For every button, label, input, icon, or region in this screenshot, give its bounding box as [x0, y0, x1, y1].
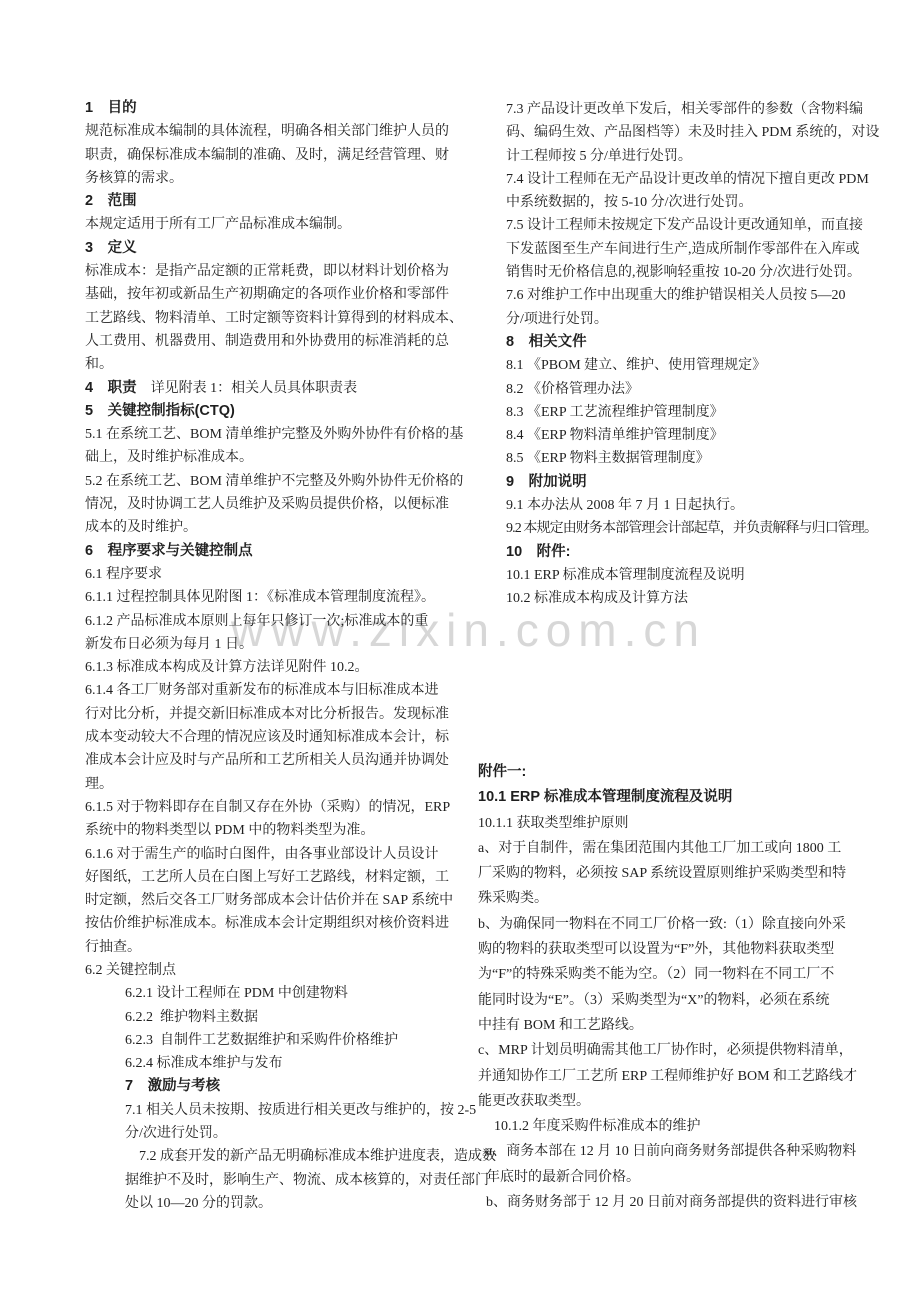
body-text: 处以 10—20 分的罚款。: [125, 1196, 272, 1211]
text-line: 础上，及时维护标准成本。: [85, 446, 460, 469]
text-line: 计工程师按 5 分/单进行处罚。: [506, 145, 872, 168]
heading-text: 10.1 ERP 标准成本管理制度流程及说明: [478, 789, 732, 805]
heading-text: 10 附件:: [506, 544, 570, 560]
body-text: 10.2 标准成本构成及计算方法: [506, 591, 688, 606]
body-text: 6.1.5 对于物料即存在自制又存在外协（采购）的情况，ERP: [85, 800, 450, 815]
text-line: 4 职责 详见附表 1：相关人员具体职责表: [85, 377, 460, 400]
body-text: 准成本会计应及时与产品所和工艺所相关人员沟通并协调处: [85, 753, 449, 768]
section-heading: 10 附件:: [506, 541, 872, 564]
text-line: 6.2.4 标准成本维护与发布: [85, 1052, 460, 1075]
text-line: 时定额，然后交各工厂财务部成本会计估价并在 SAP 系统中: [85, 889, 460, 912]
body-text: 成本变动较大不合理的情况应该及时通知标准成本会计，标: [85, 730, 449, 745]
body-text: 8.1 《PBOM 建立、维护、使用管理规定》: [506, 358, 766, 373]
body-text: 6.2.1 设计工程师在 PDM 中创建物料: [125, 986, 348, 1001]
body-text: b、为确保同一物料在不同工厂价格一致:（1）除直接向外采: [478, 917, 846, 932]
text-line: 6.1.4 各工厂财务部对重新发布的标准成本与旧标准成本进: [85, 679, 460, 702]
text-line: 8.4 《ERP 物料清单维护管理制度》: [506, 424, 872, 447]
text-line: 行对比分析，并提交新旧标准成本对比分析报告。发现标准: [85, 703, 460, 726]
text-line: 厂采购的物料，必须按 SAP 系统设置原则维护采购类型和特: [478, 861, 872, 886]
body-text: b、商务财务部于 12 月 20 日前对商务部提供的资料进行审核: [486, 1195, 857, 1210]
text-line: 为“F”的特殊采购类不能为空。（2）同一物料在不同工厂不: [478, 962, 872, 987]
section-heading: 8 相关文件: [506, 331, 872, 354]
body-text: 6.2.2 维护物料主数据: [125, 1010, 258, 1025]
heading-text: 6 程序要求与关键控制点: [85, 543, 253, 559]
body-text: 5.2 在系统工艺、BOM 清单维护不完整及外购外协件无价格的: [85, 474, 463, 489]
body-text: 础上，及时维护标准成本。: [85, 450, 253, 465]
body-text: 为“F”的特殊采购类不能为空。（2）同一物料在不同工厂不: [478, 967, 834, 982]
text-line: 6.2.2 维护物料主数据: [85, 1006, 460, 1029]
body-text: 6.2.3 自制件工艺数据维护和采购件价格维护: [125, 1033, 398, 1048]
text-line: 10.1 ERP 标准成本管理制度流程及说明: [506, 564, 872, 587]
body-text: 7.2 成套开发的新产品无明确标准成本维护进度表，造成数: [139, 1149, 496, 1164]
section-heading: 1 目的: [85, 97, 460, 120]
body-text: 人工费用、机器费用、制造费用和外协费用的标准消耗的总: [85, 334, 449, 349]
text-line: 10.2 标准成本构成及计算方法: [506, 587, 872, 610]
text-line: c、MRP 计划员明确需其他工厂协作时，必须提供物料清单，: [478, 1038, 872, 1063]
text-line: 6.1.6 对于需生产的临时白图件，由各事业部设计人员设计: [85, 843, 460, 866]
body-text: 本规定适用于所有工厂产品标准成本编制。: [85, 217, 351, 232]
text-line: 7.4 设计工程师在无产品设计更改单的情况下擅自更改 PDM: [506, 168, 872, 191]
body-text: c、MRP 计划员明确需其他工厂协作时，必须提供物料清单，: [478, 1043, 853, 1058]
heading-text: 1 目的: [85, 100, 137, 116]
text-line: 成本变动较大不合理的情况应该及时通知标准成本会计，标: [85, 726, 460, 749]
body-text: a、对于自制件，需在集团范围内其他工厂加工或向 1800 工: [478, 841, 841, 856]
body-text: 殊采购类。: [478, 891, 548, 906]
text-line: 年底时的最新合同价格。: [478, 1165, 872, 1190]
body-text: 8.3 《ERP 工艺流程维护管理制度》: [506, 405, 724, 420]
body-text: 职责，确保标准成本编制的准确、及时，满足经营管理、财: [85, 148, 449, 163]
text-line: 工艺路线、物料清单、工时定额等资料计算得到的材料成本、: [85, 307, 460, 330]
left-column: 1 目的规范标准成本编制的具体流程，明确各相关部门维护人员的职责，确保标准成本编…: [85, 97, 460, 1215]
right-column-upper: 7.3 产品设计更改单下发后，相关零部件的参数（含物料编码、编码生效、产品图档等…: [506, 98, 872, 611]
heading-text: 5 关键控制指标(CTQ): [85, 403, 235, 419]
body-text: 行对比分析，并提交新旧标准成本对比分析报告。发现标准: [85, 707, 449, 722]
text-line: 中系统数据的，按 5-10 分/次进行处罚。: [506, 191, 872, 214]
text-line: 处以 10—20 分的罚款。: [85, 1192, 460, 1215]
body-text: 6.1.3 标准成本构成及计算方法详见附件 10.2。: [85, 660, 369, 675]
text-line: 中挂有 BOM 和工艺路线。: [478, 1013, 872, 1038]
heading-text: 7 激励与考核: [125, 1078, 220, 1094]
text-line: 9.2 本规定由财务本部管理会计部起草，并负责解释与归口管理。: [506, 517, 872, 540]
body-text: 下发蓝图至生产车间进行生产,造成所制作零部件在入库或: [506, 242, 860, 257]
body-text: 9.2 本规定由财务本部管理会计部起草，并负责解释与归口管理。: [506, 521, 877, 536]
text-line: 分/项进行处罚。: [506, 308, 872, 331]
text-line: 本规定适用于所有工厂产品标准成本编制。: [85, 213, 460, 236]
right-column-attachment: 附件一:10.1 ERP 标准成本管理制度流程及说明10.1.1 获取类型维护原…: [478, 760, 872, 1215]
text-line: 基础，按年初或新品生产初期确定的各项作业价格和零部件: [85, 283, 460, 306]
body-text: 中系统数据的，按 5-10 分/次进行处罚。: [506, 195, 753, 210]
body-text: a、商务本部在 12 月 10 日前向商务财务部提供各种采购物料: [486, 1144, 856, 1159]
text-line: 行抽查。: [85, 936, 460, 959]
body-text: 码、编码生效、产品图档等）未及时挂入 PDM 系统的，对设: [506, 125, 879, 140]
text-line: 7.1 相关人员未按期、按质进行相关更改与维护的，按 2-5: [85, 1099, 460, 1122]
text-line: 情况，及时协调工艺人员维护及采购员提供价格，以便标准: [85, 493, 460, 516]
text-line: 6.1.2 产品标准成本原则上每年只修订一次;标准成本的重: [85, 610, 460, 633]
section-heading: 7 激励与考核: [85, 1075, 460, 1098]
text-line: 7.3 产品设计更改单下发后，相关零部件的参数（含物料编: [506, 98, 872, 121]
text-line: 6.1.3 标准成本构成及计算方法详见附件 10.2。: [85, 656, 460, 679]
body-text: 系统中的物料类型以 PDM 中的物料类型为准。: [85, 823, 374, 838]
body-text: 基础，按年初或新品生产初期确定的各项作业价格和零部件: [85, 287, 449, 302]
body-text: 中挂有 BOM 和工艺路线。: [478, 1018, 643, 1033]
section-heading: 9 附加说明: [506, 471, 872, 494]
text-line: 成本的及时维护。: [85, 516, 460, 539]
body-text: 成本的及时维护。: [85, 520, 197, 535]
text-line: 7.6 对维护工作中出现重大的维护错误相关人员按 5—20: [506, 284, 872, 307]
body-text: 6.2.4 标准成本维护与发布: [125, 1056, 283, 1071]
text-line: b、为确保同一物料在不同工厂价格一致:（1）除直接向外采: [478, 912, 872, 937]
text-line: 8.5 《ERP 物料主数据管理制度》: [506, 447, 872, 470]
text-line: 5.1 在系统工艺、BOM 清单维护完整及外购外协件有价格的基: [85, 423, 460, 446]
body-text: 标准成本：是指产品定额的正常耗费，即以材料计划价格为: [85, 264, 449, 279]
body-text: 6.1.6 对于需生产的临时白图件，由各事业部设计人员设计: [85, 847, 439, 862]
body-text: 9.1 本办法从 2008 年 7 月 1 日起执行。: [506, 498, 744, 513]
body-text: 8.5 《ERP 物料主数据管理制度》: [506, 451, 710, 466]
text-line: 按估价维护标准成本。标准成本会计定期组织对核价资料进: [85, 912, 460, 935]
section-heading: 3 定义: [85, 237, 460, 260]
section-heading: 10.1 ERP 标准成本管理制度流程及说明: [478, 785, 872, 810]
body-text: 7.5 设计工程师未按规定下发产品设计更改通知单，而直接: [506, 218, 863, 233]
body-text: 详见附表 1：相关人员具体职责表: [137, 381, 358, 396]
body-text: 能更改获取类型。: [478, 1094, 590, 1109]
text-line: 6.1 程序要求: [85, 563, 460, 586]
body-text: 6.1 程序要求: [85, 567, 162, 582]
text-line: 8.3 《ERP 工艺流程维护管理制度》: [506, 401, 872, 424]
body-text: 计工程师按 5 分/单进行处罚。: [506, 149, 692, 164]
body-text: 7.4 设计工程师在无产品设计更改单的情况下擅自更改 PDM: [506, 172, 869, 187]
heading-text: 附件一:: [478, 764, 526, 780]
body-text: 按估价维护标准成本。标准成本会计定期组织对核价资料进: [85, 916, 449, 931]
body-text: 销售时无价格信息的,视影响轻重按 10-20 分/次进行处罚。: [506, 265, 861, 280]
text-line: 销售时无价格信息的,视影响轻重按 10-20 分/次进行处罚。: [506, 261, 872, 284]
body-text: 8.2 《价格管理办法》: [506, 382, 639, 397]
text-line: 10.1.1 获取类型维护原则: [478, 811, 872, 836]
body-text: 并通知协作工厂工艺所 ERP 工程师维护好 BOM 和工艺路线才: [478, 1069, 857, 1084]
body-text: 年底时的最新合同价格。: [486, 1170, 640, 1185]
section-heading: 2 范围: [85, 190, 460, 213]
body-text: 10.1.2 年度采购件标准成本的维护: [494, 1119, 701, 1134]
text-line: 准成本会计应及时与产品所和工艺所相关人员沟通并协调处: [85, 749, 460, 772]
section-heading: 5 关键控制指标(CTQ): [85, 400, 460, 423]
document-page: www.zixin.com.cn 1 目的规范标准成本编制的具体流程，明确各相关…: [0, 0, 920, 1302]
text-line: 8.1 《PBOM 建立、维护、使用管理规定》: [506, 354, 872, 377]
heading-text: 4 职责: [85, 380, 137, 396]
text-line: 职责，确保标准成本编制的准确、及时，满足经营管理、财: [85, 144, 460, 167]
heading-text: 9 附加说明: [506, 474, 587, 490]
text-line: 和。: [85, 353, 460, 376]
text-line: 能同时设为“E”。（3）采购类型为“X”的物料，必须在系统: [478, 988, 872, 1013]
text-line: 码、编码生效、产品图档等）未及时挂入 PDM 系统的，对设: [506, 121, 872, 144]
text-line: 系统中的物料类型以 PDM 中的物料类型为准。: [85, 819, 460, 842]
section-heading: 6 程序要求与关键控制点: [85, 540, 460, 563]
text-line: 8.2 《价格管理办法》: [506, 378, 872, 401]
body-text: 6.1.4 各工厂财务部对重新发布的标准成本与旧标准成本进: [85, 683, 439, 698]
body-text: 理。: [85, 777, 113, 792]
body-text: 和。: [85, 357, 113, 372]
heading-text: 3 定义: [85, 240, 137, 256]
text-line: b、商务财务部于 12 月 20 日前对商务部提供的资料进行审核: [478, 1190, 872, 1215]
body-text: 分/项进行处罚。: [506, 312, 608, 327]
body-text: 6.2 关键控制点: [85, 963, 176, 978]
text-line: 务核算的需求。: [85, 167, 460, 190]
heading-text: 2 范围: [85, 193, 137, 209]
body-text: 规范标准成本编制的具体流程，明确各相关部门维护人员的: [85, 124, 449, 139]
text-line: 6.2 关键控制点: [85, 959, 460, 982]
body-text: 能同时设为“E”。（3）采购类型为“X”的物料，必须在系统: [478, 993, 830, 1008]
text-line: 分/次进行处罚。: [85, 1122, 460, 1145]
text-line: 理。: [85, 773, 460, 796]
body-text: 厂采购的物料，必须按 SAP 系统设置原则维护采购类型和特: [478, 866, 846, 881]
text-line: 10.1.2 年度采购件标准成本的维护: [478, 1114, 872, 1139]
text-line: 购的物料的获取类型可以设置为“F”外，其他物料获取类型: [478, 937, 872, 962]
text-line: a、对于自制件，需在集团范围内其他工厂加工或向 1800 工: [478, 836, 872, 861]
text-line: 好图纸，工艺所人员在白图上写好工艺路线，材料定额，工: [85, 866, 460, 889]
body-text: 购的物料的获取类型可以设置为“F”外，其他物料获取类型: [478, 942, 834, 957]
text-line: 据维护不及时，影响生产、物流、成本核算的，对责任部门: [85, 1169, 460, 1192]
text-line: a、商务本部在 12 月 10 日前向商务财务部提供各种采购物料: [478, 1139, 872, 1164]
text-line: 能更改获取类型。: [478, 1089, 872, 1114]
body-text: 6.1.2 产品标准成本原则上每年只修订一次;标准成本的重: [85, 614, 428, 629]
text-line: 6.1.5 对于物料即存在自制又存在外协（采购）的情况，ERP: [85, 796, 460, 819]
text-line: 6.2.1 设计工程师在 PDM 中创建物料: [85, 982, 460, 1005]
text-line: 规范标准成本编制的具体流程，明确各相关部门维护人员的: [85, 120, 460, 143]
body-text: 务核算的需求。: [85, 171, 183, 186]
body-text: 7.1 相关人员未按期、按质进行相关更改与维护的，按 2-5: [125, 1103, 476, 1118]
text-line: 并通知协作工厂工艺所 ERP 工程师维护好 BOM 和工艺路线才: [478, 1064, 872, 1089]
body-text: 情况，及时协调工艺人员维护及采购员提供价格，以便标准: [85, 497, 449, 512]
body-text: 据维护不及时，影响生产、物流、成本核算的，对责任部门: [125, 1173, 489, 1188]
body-text: 行抽查。: [85, 940, 141, 955]
text-line: 人工费用、机器费用、制造费用和外协费用的标准消耗的总: [85, 330, 460, 353]
text-line: 5.2 在系统工艺、BOM 清单维护不完整及外购外协件无价格的: [85, 470, 460, 493]
body-text: 分/次进行处罚。: [125, 1126, 227, 1141]
text-line: 新发布日必须为每月 1 日。: [85, 633, 460, 656]
text-line: 7.2 成套开发的新产品无明确标准成本维护进度表，造成数: [85, 1145, 460, 1168]
text-line: 9.1 本办法从 2008 年 7 月 1 日起执行。: [506, 494, 872, 517]
body-text: 7.6 对维护工作中出现重大的维护错误相关人员按 5—20: [506, 288, 846, 303]
text-line: 6.2.3 自制件工艺数据维护和采购件价格维护: [85, 1029, 460, 1052]
text-line: 6.1.1 过程控制具体见附图 1：《标准成本管理制度流程》。: [85, 586, 460, 609]
text-line: 标准成本：是指产品定额的正常耗费，即以材料计划价格为: [85, 260, 460, 283]
text-line: 殊采购类。: [478, 886, 872, 911]
section-heading: 附件一:: [478, 760, 872, 785]
body-text: 新发布日必须为每月 1 日。: [85, 637, 253, 652]
body-text: 时定额，然后交各工厂财务部成本会计估价并在 SAP 系统中: [85, 893, 453, 908]
body-text: 6.1.1 过程控制具体见附图 1：《标准成本管理制度流程》。: [85, 590, 435, 605]
text-line: 下发蓝图至生产车间进行生产,造成所制作零部件在入库或: [506, 238, 872, 261]
body-text: 8.4 《ERP 物料清单维护管理制度》: [506, 428, 724, 443]
body-text: 工艺路线、物料清单、工时定额等资料计算得到的材料成本、: [85, 311, 463, 326]
body-text: 7.3 产品设计更改单下发后，相关零部件的参数（含物料编: [506, 102, 863, 117]
body-text: 5.1 在系统工艺、BOM 清单维护完整及外购外协件有价格的基: [85, 427, 463, 442]
heading-text: 8 相关文件: [506, 334, 587, 350]
body-text: 好图纸，工艺所人员在白图上写好工艺路线，材料定额，工: [85, 870, 449, 885]
text-line: 7.5 设计工程师未按规定下发产品设计更改通知单，而直接: [506, 214, 872, 237]
body-text: 10.1.1 获取类型维护原则: [478, 816, 629, 831]
body-text: 10.1 ERP 标准成本管理制度流程及说明: [506, 568, 745, 583]
